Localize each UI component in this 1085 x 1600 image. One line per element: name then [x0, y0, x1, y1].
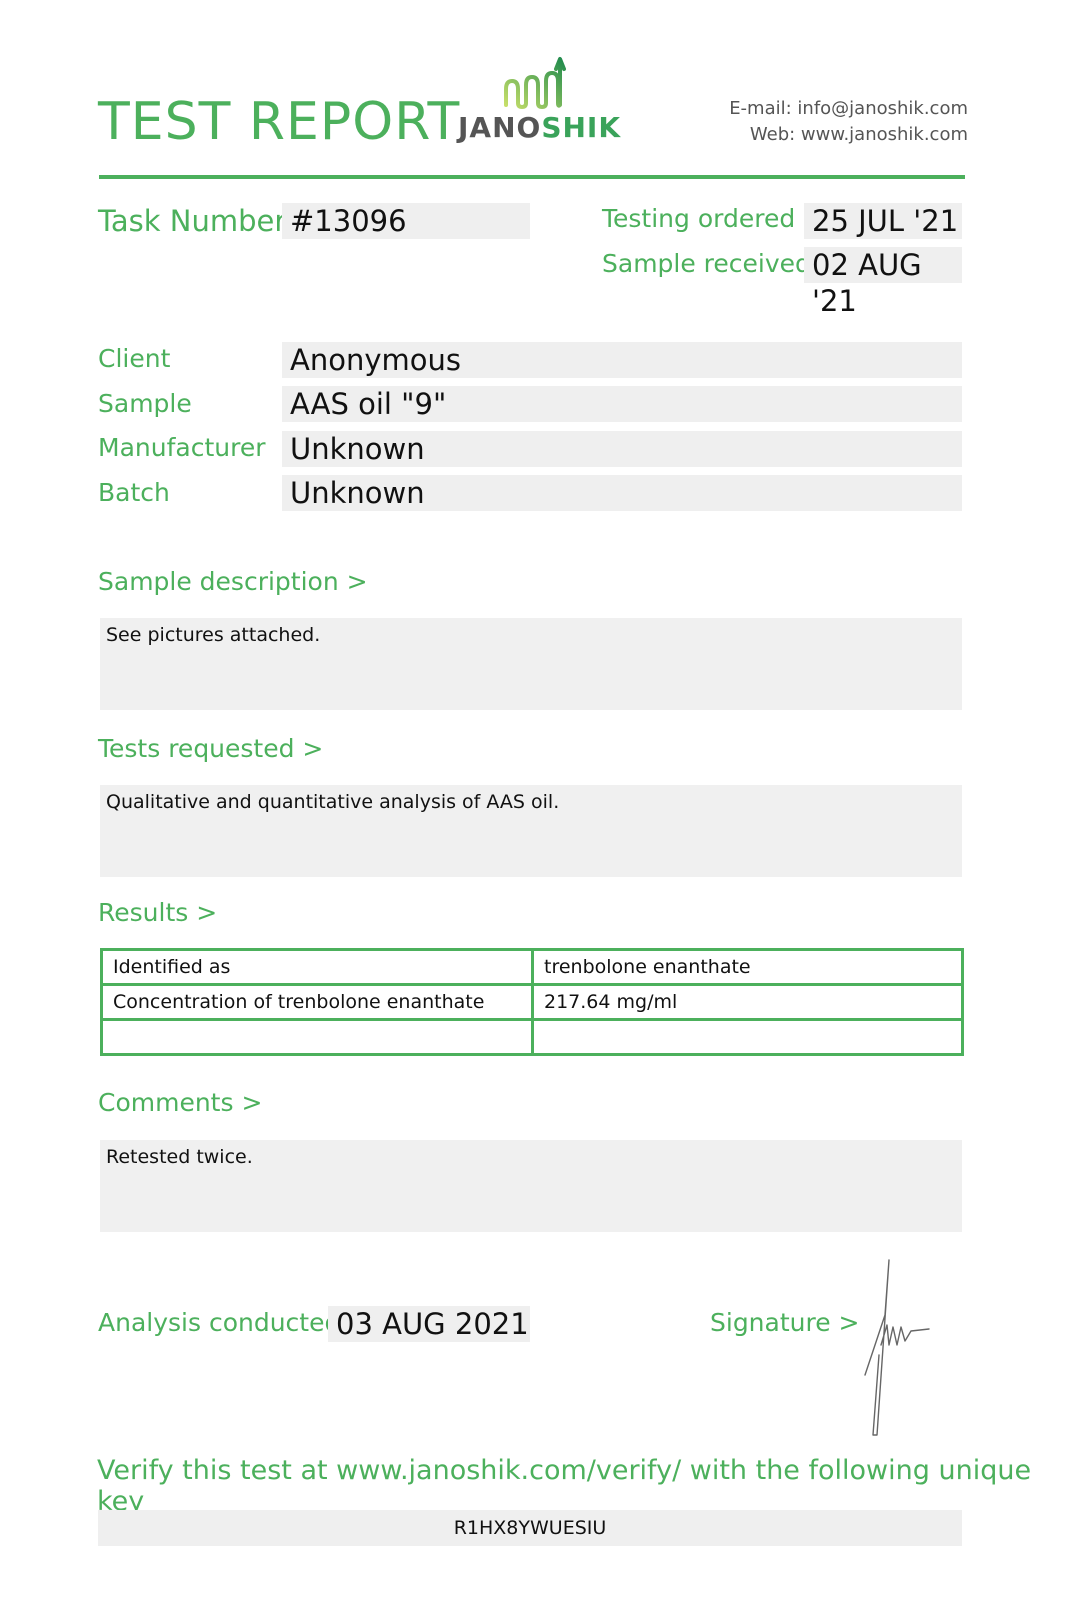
- result-value: trenbolone enanthate: [533, 950, 963, 985]
- testing-ordered-label: Testing ordered >: [602, 204, 832, 233]
- email-line[interactable]: E-mail: info@janoshik.com: [729, 96, 968, 122]
- result-value: 217.64 mg/ml: [533, 985, 963, 1020]
- task-number-value: #13096: [282, 203, 530, 239]
- analysis-conducted-value: 03 AUG 2021: [328, 1306, 530, 1342]
- comments-box: Retested twice.: [100, 1140, 962, 1232]
- manufacturer-label: Manufacturer: [98, 433, 265, 462]
- table-row: Concentration of trenbolone enanthate 21…: [102, 985, 963, 1020]
- client-label: Client: [98, 344, 170, 373]
- sample-description-box: See pictures attached.: [100, 618, 962, 710]
- manufacturer-value: Unknown: [282, 431, 962, 467]
- verify-instructions: Verify this test at www.janoshik.com/ver…: [97, 1455, 1085, 1517]
- header-divider: [99, 175, 965, 179]
- logo-wordmark: JANOSHIK: [458, 111, 621, 144]
- janoshik-logo: JANOSHIK: [458, 55, 618, 155]
- sample-received-value: 02 AUG '21: [804, 247, 962, 283]
- results-title: Results >: [98, 898, 217, 927]
- client-value: Anonymous: [282, 342, 962, 378]
- web-line[interactable]: Web: www.janoshik.com: [729, 122, 968, 148]
- comments-title: Comments >: [98, 1088, 262, 1117]
- result-label: Identified as: [102, 950, 533, 985]
- batch-value: Unknown: [282, 475, 962, 511]
- table-row: [102, 1020, 963, 1055]
- sample-description-title: Sample description >: [98, 567, 368, 596]
- results-table: Identified as trenbolone enanthate Conce…: [100, 948, 964, 1056]
- contact-info: E-mail: info@janoshik.com Web: www.janos…: [729, 96, 968, 148]
- page-title: TEST REPORT: [98, 92, 460, 152]
- signature-label: Signature >: [710, 1308, 860, 1337]
- task-number-label: Task Number: [98, 204, 286, 238]
- result-label: [102, 1020, 533, 1055]
- sample-value: AAS oil "9": [282, 386, 962, 422]
- result-value: [533, 1020, 963, 1055]
- sample-label: Sample: [98, 389, 192, 418]
- signature-icon: [855, 1255, 945, 1440]
- testing-ordered-value: 25 JUL '21: [804, 203, 962, 239]
- tests-requested-title: Tests requested >: [98, 734, 323, 763]
- unique-key: R1HX8YWUESIU: [98, 1510, 962, 1546]
- result-label: Concentration of trenbolone enanthate: [102, 985, 533, 1020]
- chart-bars-logo-icon: [502, 55, 582, 115]
- table-row: Identified as trenbolone enanthate: [102, 950, 963, 985]
- batch-label: Batch: [98, 478, 170, 507]
- tests-requested-box: Qualitative and quantitative analysis of…: [100, 785, 962, 877]
